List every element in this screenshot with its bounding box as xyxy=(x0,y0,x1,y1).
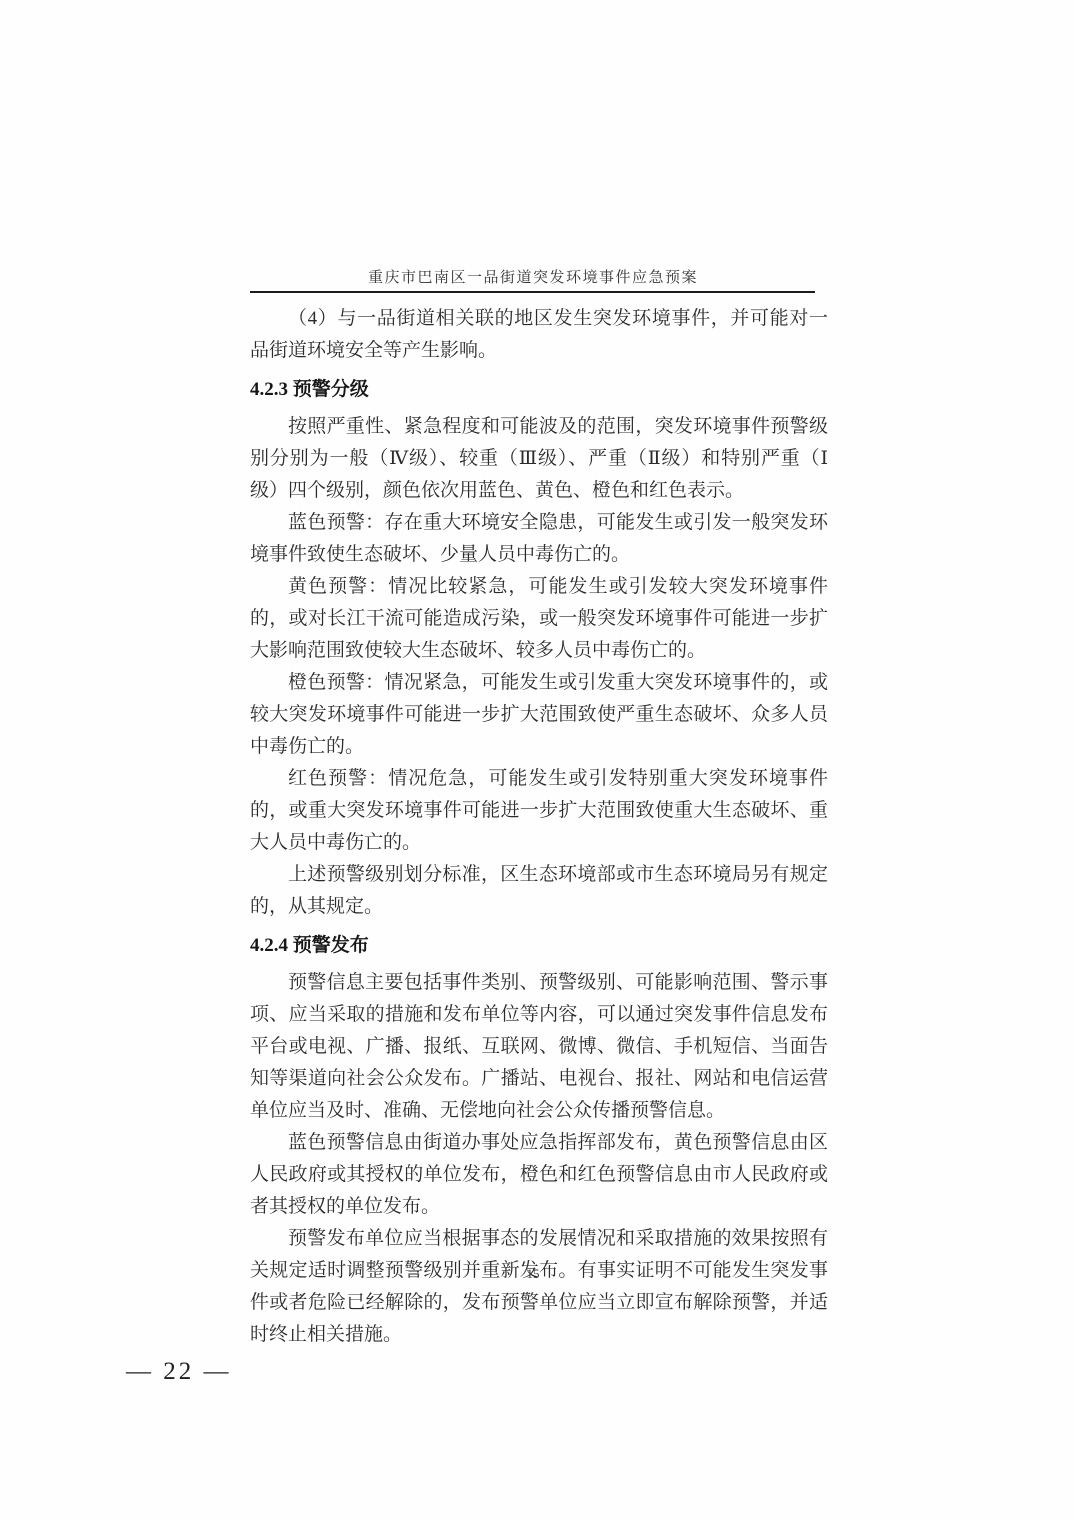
paragraph-red-warning: 红色预警：情况危急，可能发生或引发特别重大突发环境事件的，或重大突发环境事件可能… xyxy=(250,763,828,859)
paragraph-blue-warning: 蓝色预警：存在重大环境安全隐患，可能发生或引发一般突发环境事件致使生态破坏、少量… xyxy=(250,507,828,571)
document-page: 重庆市巴南区一品街道突发环境事件应急预案 （4）与一品街道相关联的地区发生突发环… xyxy=(0,0,1074,1520)
sheet-number-label: — 22 — xyxy=(126,1358,232,1386)
header-divider-rule xyxy=(250,291,815,293)
paragraph-orange-warning: 橙色预警：情况紧急，可能发生或引发重大突发环境事件的，或较大突发环境事件可能进一… xyxy=(250,667,828,763)
section-heading-4-2-3: 4.2.3 预警分级 xyxy=(250,374,828,406)
paragraph-warning-adjustment: 预警发布单位应当根据事态的发展情况和采取措施的效果按照有关规定适时调整预警级别并… xyxy=(250,1223,828,1351)
paragraph-warning-issuers: 蓝色预警信息由街道办事处应急指挥部发布，黄色预警信息由区人民政府或其授权的单位发… xyxy=(250,1127,828,1223)
paragraph-related-area-event: （4）与一品街道相关联的地区发生突发环境事件，并可能对一品街道环境安全等产生影响… xyxy=(250,303,828,367)
paragraph-warning-levels: 按照严重性、紧急程度和可能波及的范围，突发环境事件预警级别分别为一般（Ⅳ级）、较… xyxy=(250,411,828,507)
page-number: 15 xyxy=(250,1266,816,1282)
document-body: （4）与一品街道相关联的地区发生突发环境事件，并可能对一品街道环境安全等产生影响… xyxy=(250,303,828,1351)
paragraph-standard-provision: 上述预警级别划分标准，区生态环境部或市生态环境局另有规定的，从其规定。 xyxy=(250,859,828,923)
document-header-title: 重庆市巴南区一品街道突发环境事件应急预案 xyxy=(250,266,816,287)
paragraph-yellow-warning: 黄色预警：情况比较紧急，可能发生或引发较大突发环境事件的，或对长江干流可能造成污… xyxy=(250,571,828,667)
paragraph-warning-info-content: 预警信息主要包括事件类别、预警级别、可能影响范围、警示事项、应当采取的措施和发布… xyxy=(250,967,828,1127)
section-heading-4-2-4: 4.2.4 预警发布 xyxy=(250,930,828,962)
